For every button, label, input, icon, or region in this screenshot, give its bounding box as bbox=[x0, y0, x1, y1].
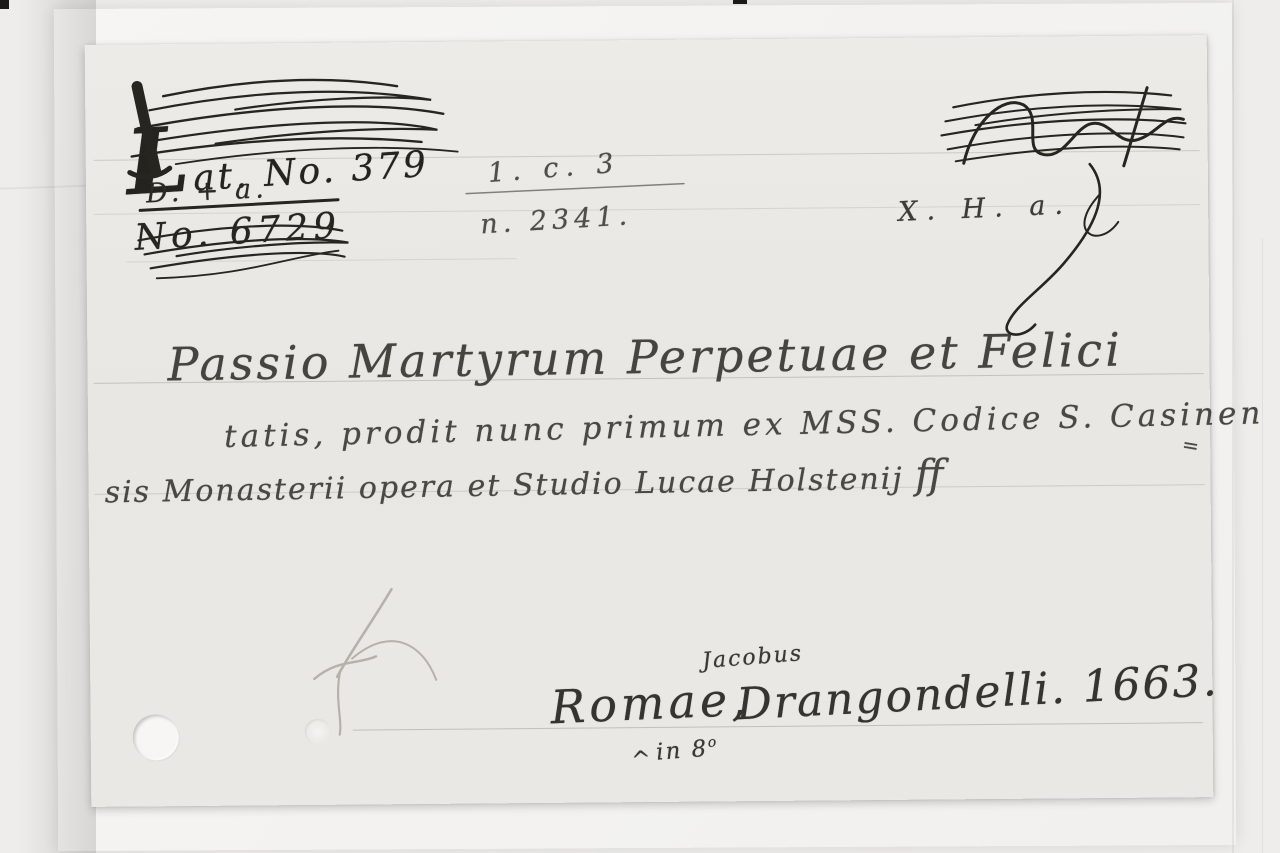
imprint-printer-year: Drangondelli. 1663. bbox=[735, 655, 1219, 730]
cancellation-scribble bbox=[945, 105, 1181, 126]
scribbled-out-word bbox=[963, 101, 1184, 163]
cancellation-scribble bbox=[163, 79, 397, 96]
pen-descender-flourish bbox=[1084, 194, 1118, 236]
title-line-3: sis Monasterii opera et Studio Lucae Hol… bbox=[104, 452, 944, 513]
imprint-format-note: ^in 8o bbox=[626, 734, 720, 768]
photographed-catalog-card-scan: { "card": { "cancelled_marks": { "line1"… bbox=[0, 0, 1280, 853]
cancellation-scribble bbox=[953, 91, 1171, 107]
catalog-card: Lat. No. 379 D. + a. No. 6729 1. c. 3 n.… bbox=[85, 35, 1214, 807]
location-mark: X. H. a. bbox=[898, 189, 1073, 228]
scan-artifact bbox=[733, 0, 747, 4]
cancellation-scribble bbox=[941, 119, 1185, 136]
left-edge-shadow bbox=[18, 0, 96, 853]
scan-artifact bbox=[0, 0, 9, 9]
pencil-x-mark bbox=[338, 671, 341, 735]
ruled-line bbox=[127, 258, 517, 262]
title-line-2: tatis, prodit nunc primum ex MSS. Codice… bbox=[224, 395, 1265, 455]
pencil-x-mark bbox=[314, 656, 376, 679]
pen-flourish: ff bbox=[915, 452, 944, 498]
pencil-x-mark bbox=[336, 589, 392, 676]
imprint-place: Romae, bbox=[549, 672, 750, 735]
format-in: in bbox=[655, 737, 692, 766]
title-line-1: Passio Martyrum Perpetuae et Felici bbox=[167, 323, 1123, 392]
insertion-caret: ^ bbox=[626, 746, 657, 774]
imprint-inserted-name: Jacobus bbox=[701, 641, 804, 674]
title-line-3-text: sis Monasterii opera et Studio Lucae Hol… bbox=[104, 461, 915, 510]
cancellation-scribble bbox=[948, 133, 1184, 150]
cancellation-scribble bbox=[956, 146, 1180, 161]
punch-hole bbox=[133, 714, 179, 760]
hyphenation-mark: = bbox=[1180, 432, 1200, 458]
cancelled-shelfmark-2: D. + a. bbox=[145, 173, 268, 209]
paper-seam bbox=[1262, 238, 1263, 853]
call-number-line2: n. 2341. bbox=[479, 200, 632, 240]
pencil-x-mark bbox=[352, 641, 436, 681]
paper-smudge bbox=[305, 719, 331, 745]
call-number-line1: 1. c. 3 bbox=[487, 148, 622, 189]
format-sup: o bbox=[707, 734, 719, 751]
scribbled-out-word bbox=[1123, 88, 1148, 166]
